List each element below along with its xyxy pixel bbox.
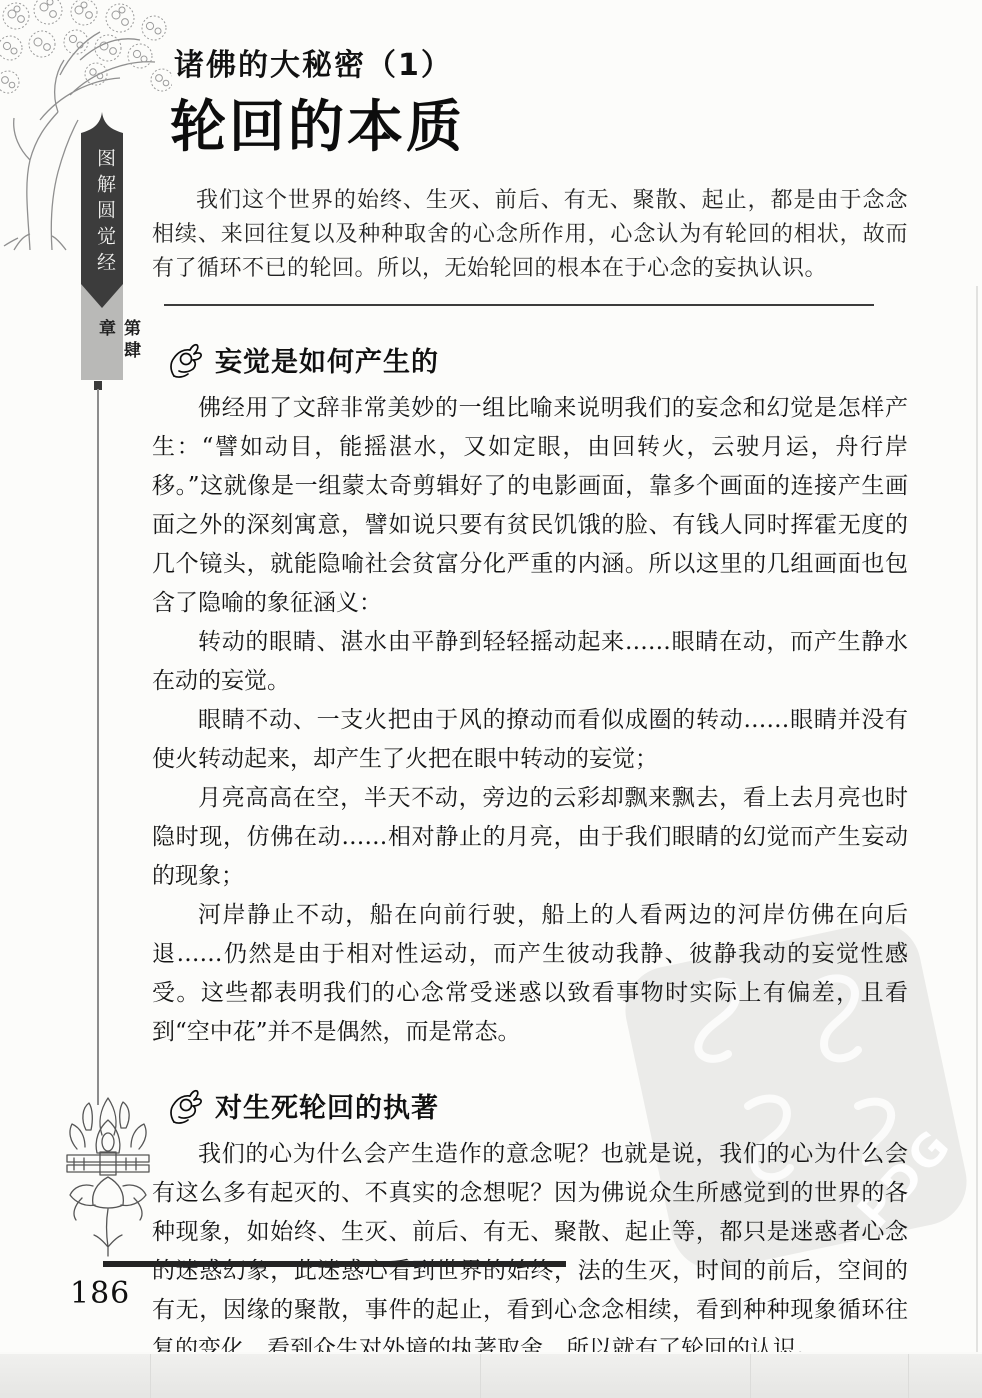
section-heading: 对生死轮回的执著 [168, 1086, 908, 1125]
section-how-delusion-arises: 妄觉是如何产生的 佛经用了文辞非常美妙的一组比喻来说明我们的妄念和幻觉是怎样产生… [152, 340, 908, 1052]
chapter-label: 第肆章 [93, 319, 143, 380]
page-title: 轮回的本质 [170, 96, 908, 160]
scan-band-seam [150, 1354, 151, 1398]
scan-band-seam [480, 1354, 481, 1398]
body-paragraph: 转动的眼睛、湛水由平静到轻轻摇动起来……眼睛在动，而产生静水在动的妄觉。 [152, 623, 908, 701]
scan-band-seam [750, 1354, 751, 1398]
scan-edge-band [0, 1352, 982, 1398]
body-paragraph: 佛经用了文辞非常美妙的一组比喻来说明我们的妄念和幻觉是怎样产生：“譬如动目，能摇… [152, 389, 908, 623]
banner-stem-line [97, 389, 99, 1105]
section-heading: 妄觉是如何产生的 [168, 340, 908, 379]
body-paragraph: 我们的心为什么会产生造作的意念呢？也就是说，我们的心为什么会有这么多有起灭的、不… [152, 1135, 908, 1369]
hand-gesture-icon [168, 342, 206, 387]
scan-band-seam [908, 1354, 909, 1398]
lotus-ornament [62, 1096, 154, 1264]
section-heading-label: 妄觉是如何产生的 [215, 340, 439, 379]
body-paragraph: 眼睛不动、一支火把由于风的撩动而看似成圈的转动……眼睛并没有使火转动起来，却产生… [152, 701, 908, 779]
section-attachment-to-samsara: 对生死轮回的执著 我们的心为什么会产生造作的意念呢？也就是说，我们的心为什么会有… [152, 1086, 908, 1369]
page-content: 诸佛的大秘密（1） 轮回的本质 我们这个世界的始终、生灭、前后、有无、聚散、起止… [152, 0, 908, 1369]
scan-edge-line [976, 286, 978, 1352]
section-kicker: 诸佛的大秘密（1） [174, 40, 908, 84]
footer-rule [103, 1261, 566, 1267]
book-series-label: 图解圆觉经 [92, 148, 119, 278]
intro-paragraph: 我们这个世界的始终、生灭、前后、有无、聚散、起止，都是由于念念相续、来回往复以及… [152, 184, 908, 286]
page-number: 186 [70, 1276, 130, 1311]
book-page: 图解圆觉经 第肆章 [0, 0, 982, 1398]
chapter-banner: 图解圆觉经 第肆章 [81, 112, 123, 380]
intro-divider [164, 304, 874, 306]
body-paragraph: 月亮高高在空，半天不动，旁边的云彩却飘来飘去，看上去月亮也时隐时现，仿佛在动……… [152, 779, 908, 896]
section-heading-label: 对生死轮回的执著 [215, 1086, 439, 1125]
hand-gesture-icon [168, 1088, 206, 1133]
body-paragraph: 河岸静止不动，船在向前行驶，船上的人看两边的河岸仿佛在向后退……仍然是由于相对性… [152, 896, 908, 1052]
